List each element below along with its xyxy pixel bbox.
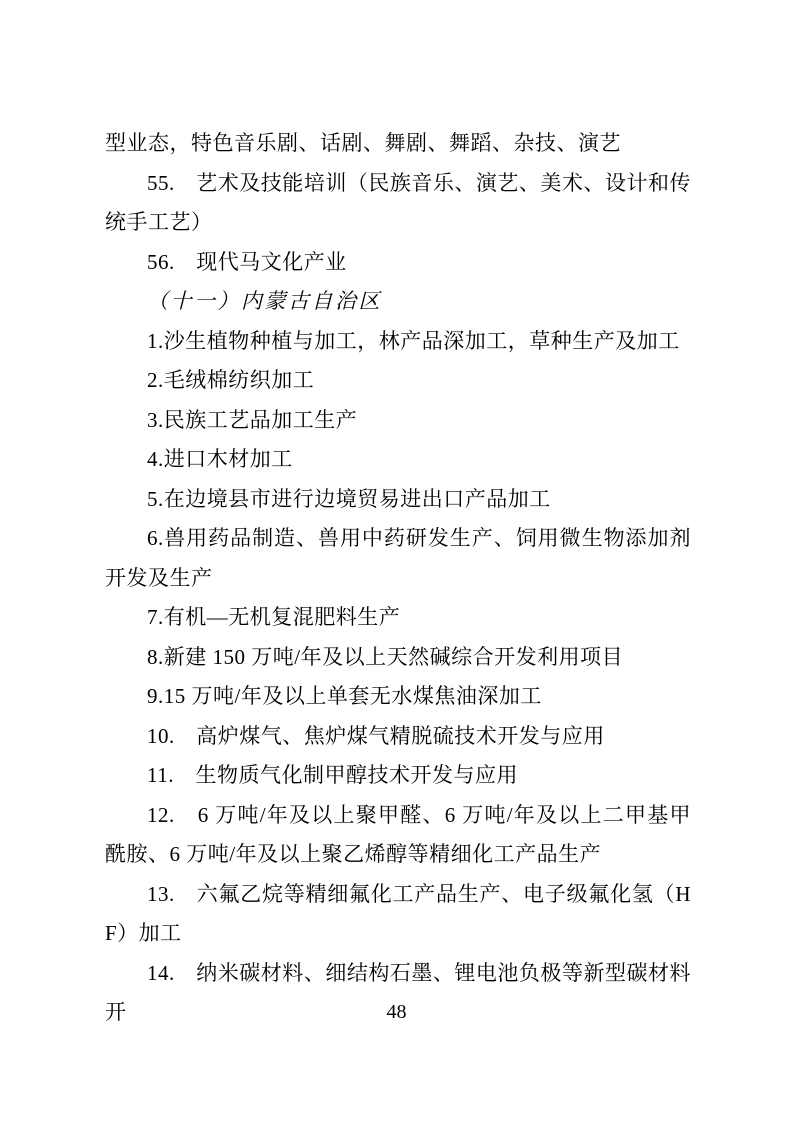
list-item-7: 7.有机—无机复混肥料生产 [105, 598, 691, 638]
list-item-9: 9.15 万吨/年及以上单套无水煤焦油深加工 [105, 677, 691, 717]
list-item-13: 13. 六氟乙烷等精细氟化工产品生产、电子级氟化氢（HF）加工 [105, 875, 691, 954]
list-item-8: 8.新建 150 万吨/年及以上天然碱综合开发利用项目 [105, 638, 691, 678]
list-item-5: 5.在边境县市进行边境贸易进出口产品加工 [105, 480, 691, 520]
list-item-1: 1.沙生植物种植与加工，林产品深加工，草种生产及加工 [105, 322, 691, 362]
list-item-55: 55. 艺术及技能培训（民族音乐、演艺、美术、设计和传统手工艺） [105, 164, 691, 243]
page-number: 48 [0, 996, 793, 1028]
document-page: 型业态，特色音乐剧、话剧、舞剧、舞蹈、杂技、演艺 55. 艺术及技能培训（民族音… [0, 0, 793, 1122]
list-item-12: 12. 6 万吨/年及以上聚甲醛、6 万吨/年及以上二甲基甲酰胺、6 万吨/年及… [105, 796, 691, 875]
list-item-11: 11. 生物质气化制甲醇技术开发与应用 [105, 756, 691, 796]
list-item-10: 10. 高炉煤气、焦炉煤气精脱硫技术开发与应用 [105, 717, 691, 757]
section-heading-11-inner-mongolia: （十一）内蒙古自治区 [105, 282, 691, 322]
para-continuation-prev-page: 型业态，特色音乐剧、话剧、舞剧、舞蹈、杂技、演艺 [105, 124, 691, 164]
document-body: 型业态，特色音乐剧、话剧、舞剧、舞蹈、杂技、演艺 55. 艺术及技能培训（民族音… [105, 124, 691, 1033]
list-item-2: 2.毛绒棉纺织加工 [105, 361, 691, 401]
list-item-56: 56. 现代马文化产业 [105, 243, 691, 283]
list-item-4: 4.进口木材加工 [105, 440, 691, 480]
list-item-3: 3.民族工艺品加工生产 [105, 401, 691, 441]
list-item-6: 6.兽用药品制造、兽用中药研发生产、饲用微生物添加剂开发及生产 [105, 519, 691, 598]
